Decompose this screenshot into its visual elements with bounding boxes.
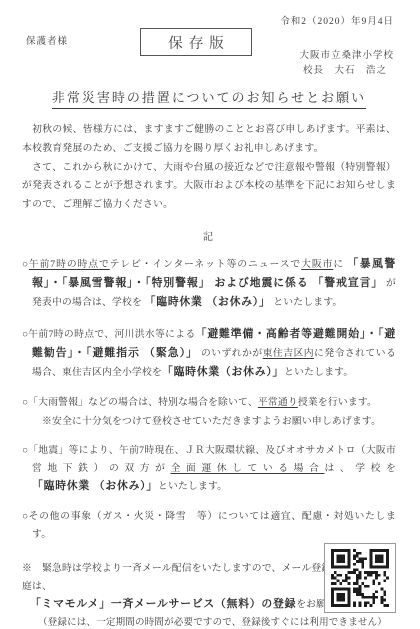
bullet-other-events: ○その他の事象（ガス・火災・降雪 等）については適宜、配慮・対処いたします。 bbox=[22, 508, 396, 543]
page-title: 非常災害時の措置についてのお知らせとお願い bbox=[52, 87, 366, 109]
bullet-heavy-rain-note: ※安全に十分気をつけて登校させていただきますようお願い申しあげます。 bbox=[32, 413, 396, 430]
qr-code-frame bbox=[324, 543, 396, 613]
bullet-earthquake-transit: ○「地震」等により、午前7時現在、ＪＲ大阪環状線、及びオオサカメトロ（大阪市営地… bbox=[22, 442, 396, 496]
intro-paragraph-1: 初秋の候、皆様方には、ますますご健勝のこととお喜び申しあげます。平素は、本校教育… bbox=[22, 121, 396, 159]
school-name: 大阪市立桑津小学校 bbox=[299, 47, 394, 61]
title-row: 非常災害時の措置についてのお知らせとお願い bbox=[22, 87, 396, 109]
bullet-heavy-rain: ○「大雨警報」などの場合は、特別な場合を除いて、平常通り授業を行います。 ※安全… bbox=[22, 394, 396, 430]
record-marker: 記 bbox=[22, 228, 396, 243]
bullet-heavy-rain-text: ○「大雨警報」などの場合は、特別な場合を除いて、平常通り授業を行います。 bbox=[22, 397, 377, 408]
preservation-stamp: 保存版 bbox=[140, 28, 252, 56]
document-page: 令和2（2020）年9月4日 保護者様 保存版 大阪市立桑津小学校 校長 大石 … bbox=[0, 0, 420, 629]
bullet-storm-warning: ○午前7時の時点でテレビ・インターネット等のニュースで大阪市に 「暴風警報」・「… bbox=[22, 255, 396, 313]
date-line: 令和2（2020）年9月4日 bbox=[280, 13, 394, 27]
preservation-stamp-label: 保存版 bbox=[162, 32, 230, 53]
addressee-label: 保護者様 bbox=[26, 33, 68, 47]
document-header: 令和2（2020）年9月4日 保護者様 保存版 大阪市立桑津小学校 校長 大石 … bbox=[22, 12, 396, 78]
intro-section: 初秋の候、皆様方には、ますますご健勝のこととお喜び申しあげます。平素は、本校教育… bbox=[22, 121, 396, 215]
bullet-evacuation-order: ○午前7時の時点で、河川洪水等による「避難準備・高齢者等避難開始」・「避難勧告」… bbox=[22, 325, 396, 383]
intro-paragraph-2: さて、これから秋にかけて、大雨や台風の接近などで注意報や警報（特別警報）が発表さ… bbox=[22, 159, 396, 215]
mail-notice-line3: （登録には、一定期間の時間が必要ですので、登録後すぐには利用できません） bbox=[38, 615, 396, 629]
principal-name: 校長 大石 浩之 bbox=[303, 62, 387, 76]
qr-code bbox=[331, 549, 389, 607]
